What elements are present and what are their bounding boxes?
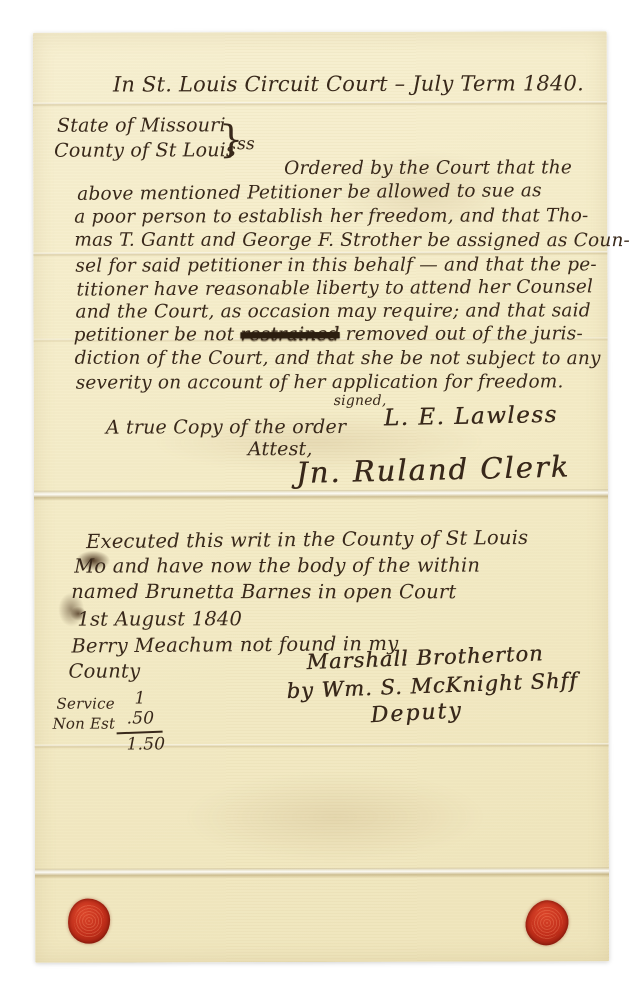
return-line: Mo and have now the body of the within [74,556,480,577]
fee-service-label: Service [57,697,115,712]
fold-crease [33,101,607,107]
order-line: above mentioned Petitioner be allowed to… [77,182,542,204]
strike-prefix: petitioner be not [74,324,241,345]
order-line: diction of the Court, and that she be no… [75,350,601,369]
order-opening: Ordered by the Court that the [284,159,572,178]
order-line: sel for said petitioner in this behalf —… [75,256,596,276]
judge-signature: L. E. Lawless [384,404,558,430]
fold-crease [34,489,608,501]
fee-nonest-amount: .50 [127,710,155,727]
return-line: Executed this writ in the County of St L… [86,528,528,552]
venue-state: State of Missouri [57,116,226,135]
order-line: and the Court, as occasion may require; … [75,302,590,322]
document-page: In St. Louis Circuit Court – July Term 1… [33,31,609,962]
order-line: mas T. Gantt and George F. Strother be a… [74,232,630,251]
strike-suffix: removed out of the juris- [340,323,583,345]
signed-label: signed, [334,394,387,408]
fee-nonest-label: Non Est [53,717,116,732]
return-line: 1st August 1840 [77,609,242,629]
strike-word: restrained [240,324,339,345]
fee-total: 1.50 [127,736,166,753]
fold-crease [35,743,609,749]
wax-seal-left [68,899,110,944]
order-line: titioner have reasonable liberty to atte… [76,278,593,300]
venue-scilicet: ss [237,136,255,153]
order-line: a poor person to establish her freedom, … [74,207,588,227]
clerk-signature: Jn. Ruland Clerk [296,452,571,487]
order-line: severity on account of her application f… [76,373,564,393]
deputy-by-line: by Wm. S. McKnight Shff [286,670,578,702]
return-line: County [68,661,140,681]
fold-crease [35,867,609,879]
order-strike-line: petitioner be not restrained removed out… [74,325,583,345]
copy-certification: A true Copy of the order [106,418,346,438]
deputy-title: Deputy [370,700,463,727]
bleedthrough-smudge [185,772,485,863]
fee-service-amount: 1 [135,690,146,707]
venue-county: County of St Louis [54,141,236,160]
wax-seal-right [520,895,574,951]
court-heading: In St. Louis Circuit Court – July Term 1… [113,73,584,95]
return-line: named Brunetta Barnes in open Court [71,582,456,602]
scan-background: { "colors": { "paper": "#f4ecc8", "ink":… [0,0,640,1005]
